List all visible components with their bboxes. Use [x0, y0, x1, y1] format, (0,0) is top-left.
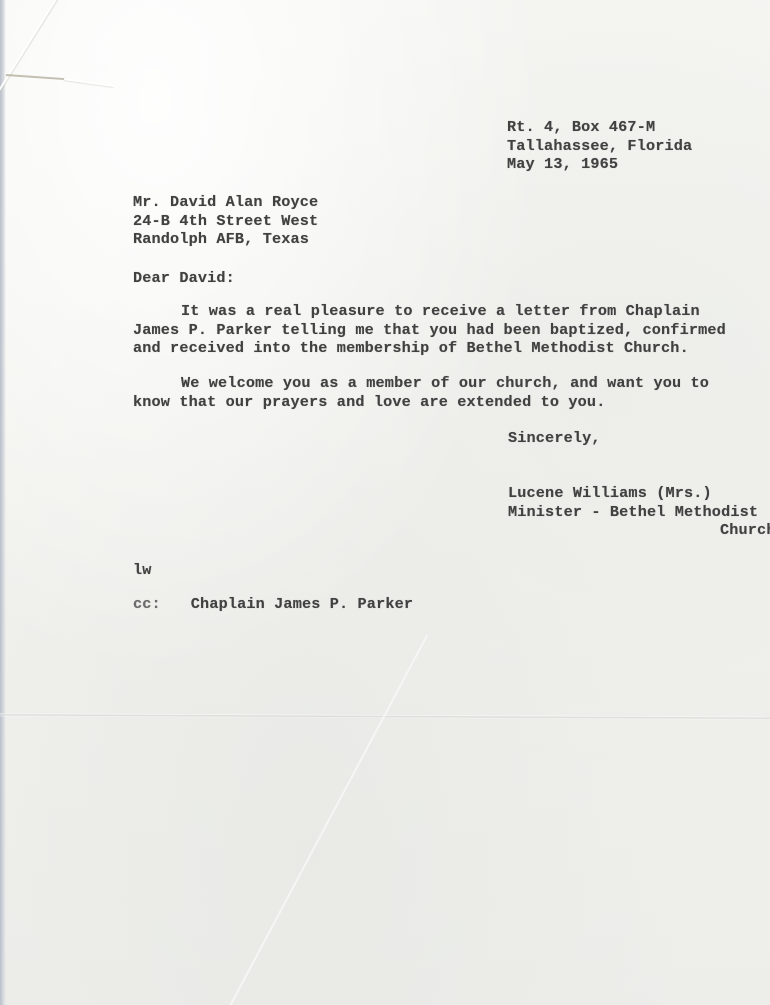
- scan-edge: [0, 0, 6, 1005]
- recipient-name: Mr. David Alan Royce: [133, 193, 318, 211]
- cc-recipient: Chaplain James P. Parker: [191, 595, 413, 613]
- diagonal-crease: [0, 0, 119, 122]
- body-paragraph-2: We welcome you as a member of our church…: [133, 374, 709, 411]
- paragraph-line: know that our prayers and love are exten…: [133, 393, 605, 411]
- corner-crumple-crease: [6, 74, 66, 80]
- paragraph-line: and received into the membership of Beth…: [133, 339, 689, 357]
- horizontal-fold-crease: [0, 713, 770, 719]
- address-line: Rt. 4, Box 467-M: [507, 118, 655, 136]
- recipient-street: 24-B 4th Street West: [133, 212, 318, 230]
- corner-crumple-crease: [64, 78, 114, 87]
- carbon-copy-line: cc:Chaplain James P. Parker: [133, 595, 413, 614]
- typist-initials: lw: [133, 561, 152, 580]
- signer-title-continued: Church: [720, 521, 770, 539]
- recipient-city: Randolph AFB, Texas: [133, 230, 309, 248]
- closing: Sincerely,: [508, 429, 601, 448]
- diagonal-crease: [229, 635, 428, 1005]
- signer-title: Minister - Bethel Methodist: [508, 503, 758, 521]
- body-paragraph-1: It was a real pleasure to receive a lett…: [133, 302, 726, 358]
- paragraph-line: It was a real pleasure to receive a lett…: [181, 302, 700, 320]
- signer-name: Lucene Williams (Mrs.): [508, 484, 712, 502]
- letter-page: Rt. 4, Box 467-M Tallahassee, Florida Ma…: [0, 0, 770, 1005]
- salutation: Dear David:: [133, 269, 235, 288]
- paragraph-line: James P. Parker telling me that you had …: [133, 321, 726, 339]
- address-city: Tallahassee, Florida: [507, 137, 692, 155]
- paragraph-line: We welcome you as a member of our church…: [181, 374, 709, 392]
- return-address: Rt. 4, Box 467-M Tallahassee, Florida Ma…: [507, 118, 692, 174]
- recipient-address: Mr. David Alan Royce 24-B 4th Street Wes…: [133, 193, 318, 249]
- cc-label: cc:: [133, 595, 161, 613]
- signature-block: Lucene Williams (Mrs.) Minister - Bethel…: [508, 484, 770, 540]
- letter-date: May 13, 1965: [507, 155, 618, 173]
